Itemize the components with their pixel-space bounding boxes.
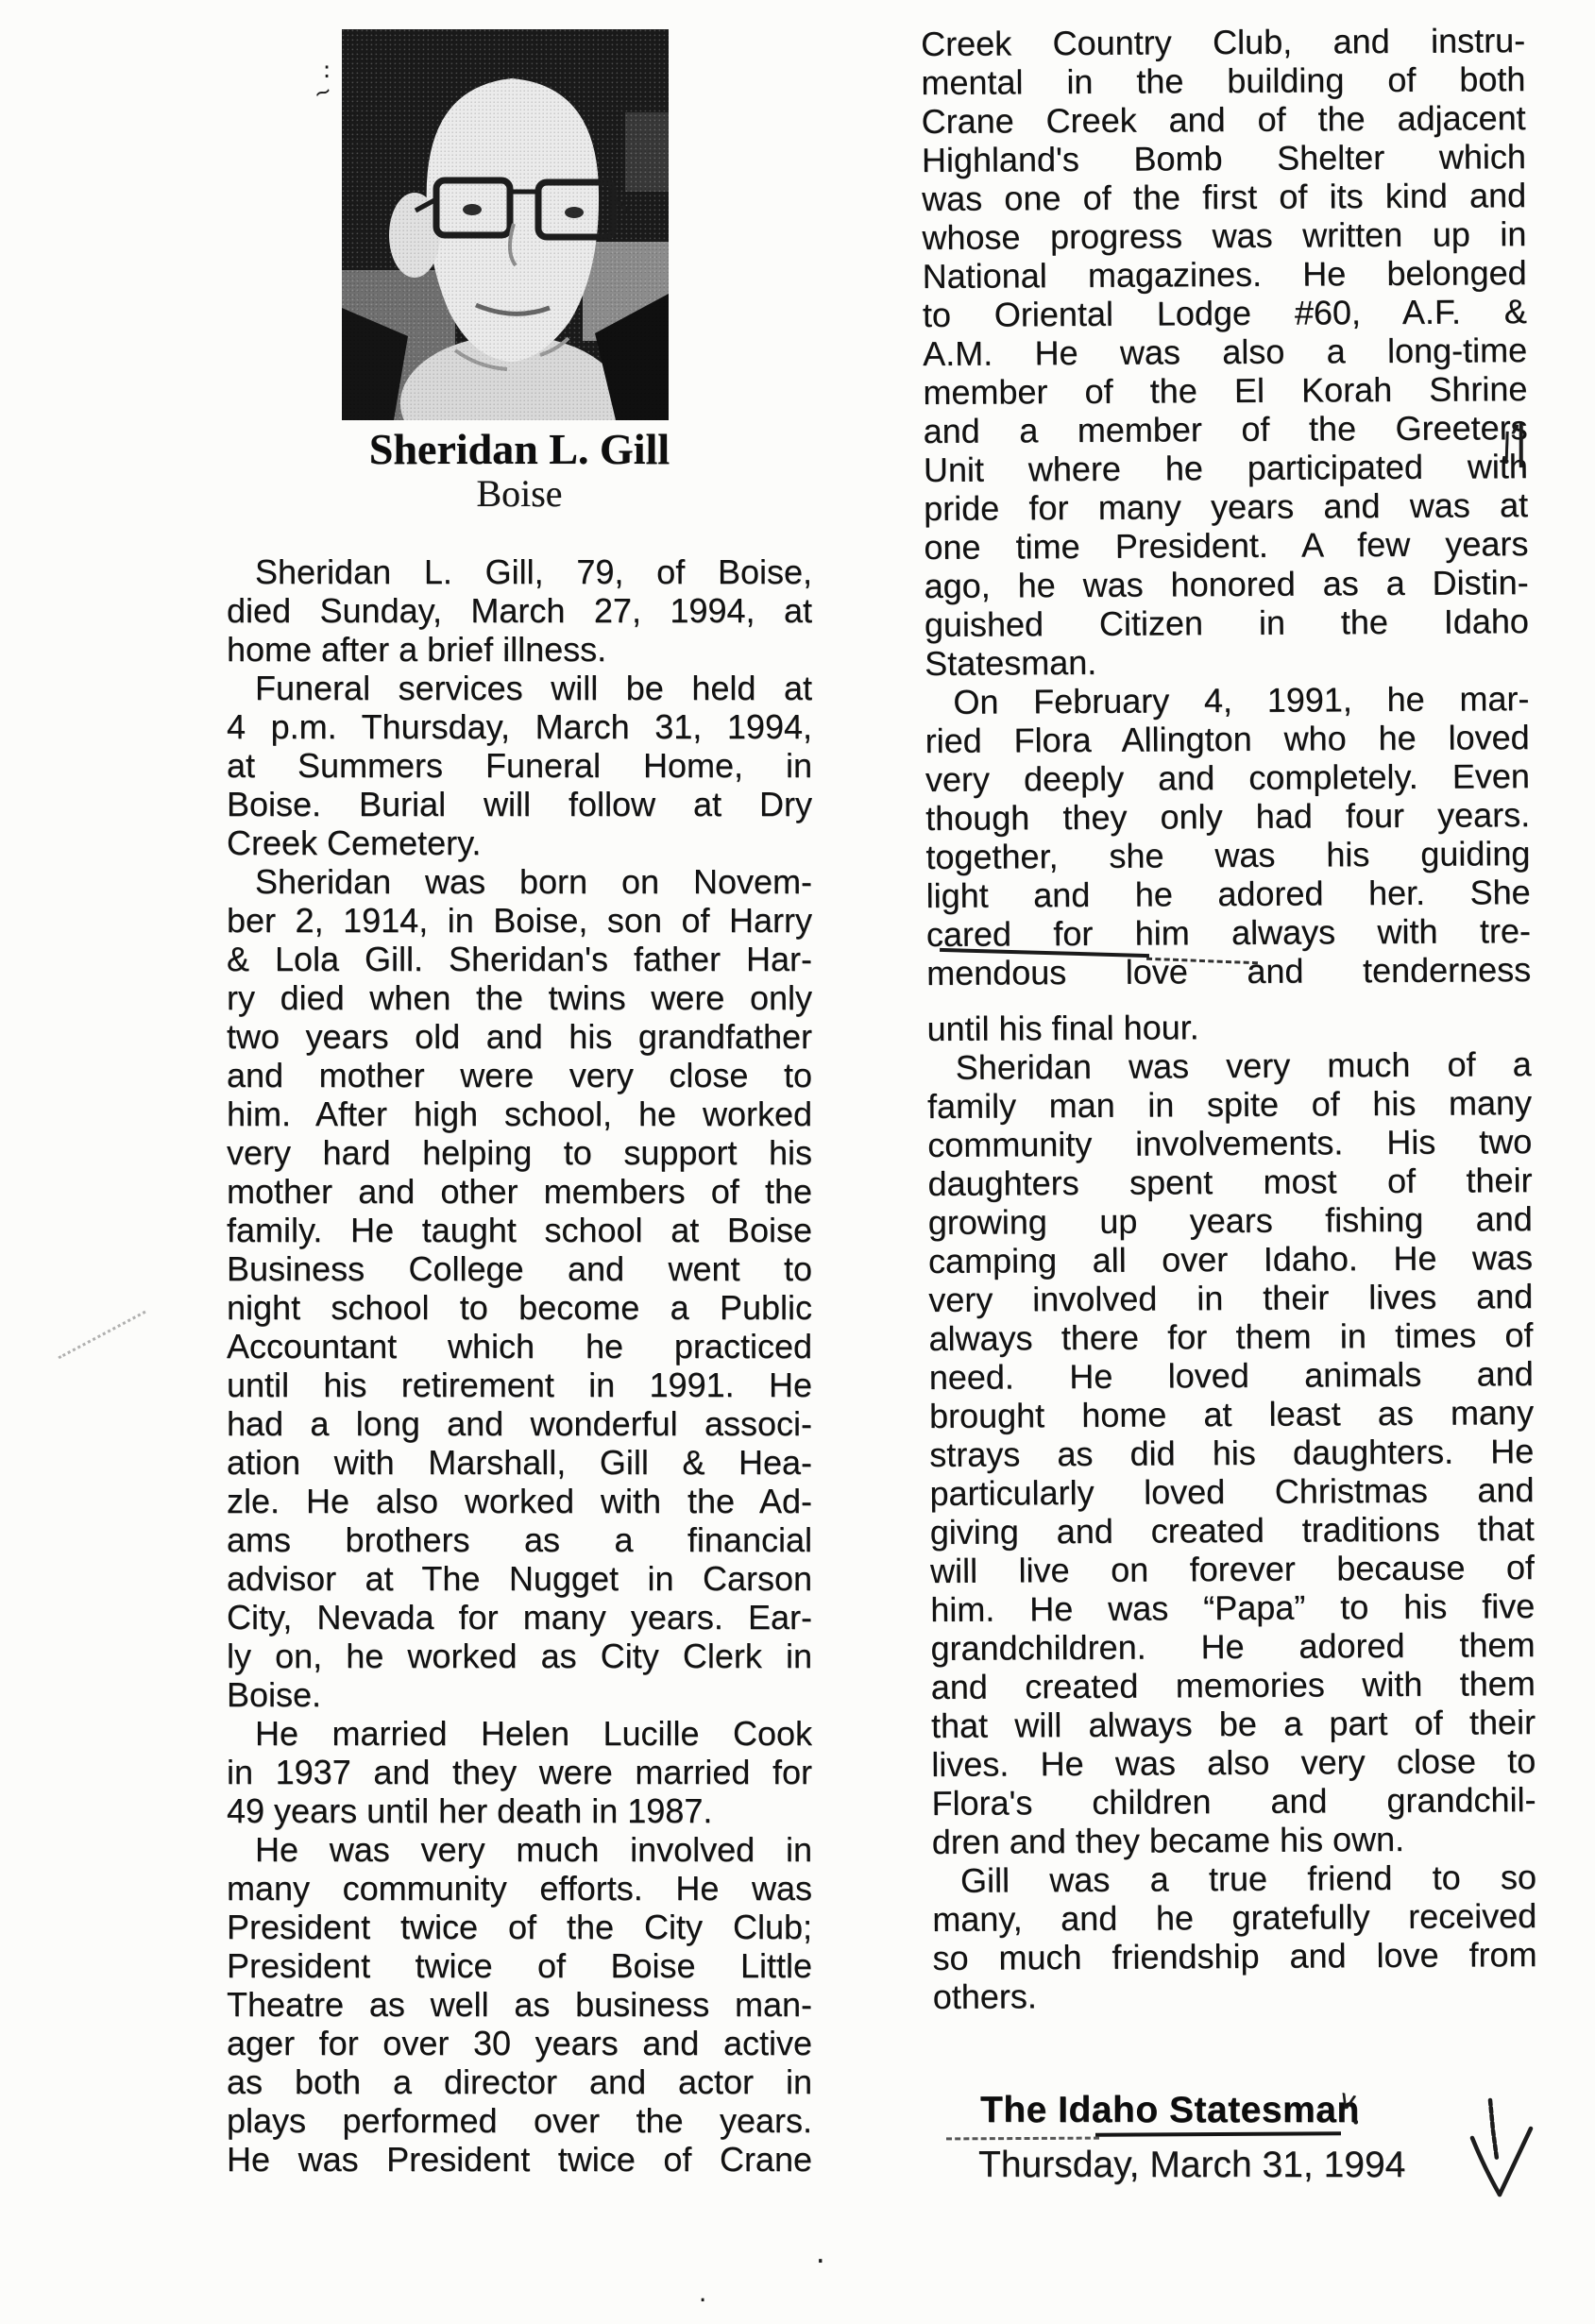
text-line: until his final hour. bbox=[926, 1006, 1531, 1048]
paragraph: Gill was a true friend to somany, and he… bbox=[932, 1858, 1537, 2016]
text-line: Sheridan was very much of a bbox=[927, 1044, 1532, 1087]
text-line: zle. He also worked with the Ad- bbox=[227, 1482, 812, 1520]
text-line: He was very much involved in bbox=[227, 1830, 812, 1869]
text-line: him. He was “Papa” to his five bbox=[930, 1586, 1535, 1629]
text-line: President twice of the City Club; bbox=[227, 1908, 812, 1946]
text-line: him. After high school, he worked bbox=[227, 1094, 812, 1133]
text-line: member of the El Korah Shrine bbox=[923, 369, 1527, 412]
text-line: ly on, he worked as City Clerk in bbox=[227, 1637, 812, 1675]
text-line: plays performed over the years. bbox=[227, 2101, 812, 2140]
text-line: camping all over Idaho. He was bbox=[928, 1238, 1533, 1281]
text-line: many community efforts. He was bbox=[227, 1869, 812, 1908]
paragraph: On February 4, 1991, he mar-ried Flora A… bbox=[925, 679, 1531, 992]
text-line: particularly loved Christmas and bbox=[929, 1470, 1534, 1513]
paragraph: Funeral services will be held at4 p.m. T… bbox=[227, 669, 812, 862]
text-line: very deeply and completely. Even bbox=[925, 756, 1530, 799]
pen-bar-tall: | bbox=[1514, 420, 1529, 464]
text-line: that will always be a part of their bbox=[931, 1703, 1536, 1745]
text-line: He was President twice of Crane bbox=[227, 2140, 812, 2179]
text-line: On February 4, 1991, he mar- bbox=[925, 679, 1529, 721]
text-line: mendous love and tenderness bbox=[926, 950, 1531, 992]
text-line: two years old and his grandfather bbox=[227, 1017, 812, 1056]
text-line: mental in the building of both bbox=[921, 59, 1525, 102]
text-line: 49 years until her death in 1987. bbox=[227, 1791, 812, 1830]
text-line: ago, he was honored as a Distin- bbox=[925, 563, 1529, 605]
text-line: and a member of the Greeters bbox=[924, 408, 1528, 450]
text-line: until his retirement in 1991. He bbox=[227, 1366, 812, 1404]
text-line: Sheridan L. Gill, 79, of Boise, bbox=[227, 552, 812, 591]
text-line: ams brothers as a financial bbox=[227, 1520, 812, 1559]
text-line: Business College and went to bbox=[227, 1249, 812, 1288]
text-line: ager for over 30 years and active bbox=[227, 2024, 812, 2062]
paragraph: He was very much involved inmany communi… bbox=[227, 1830, 812, 2179]
text-line: Boise. bbox=[227, 1675, 812, 1714]
text-line: and created memories with them bbox=[931, 1664, 1536, 1706]
text-line: National magazines. He belonged bbox=[923, 253, 1527, 296]
scanned-obituary-page: Sheridan L. Gill Boise Sheridan L. Gill,… bbox=[0, 0, 1595, 2324]
text-line: 4 p.m. Thursday, March 31, 1994, bbox=[227, 707, 812, 746]
text-line: grandchildren. He adored them bbox=[930, 1625, 1535, 1668]
text-line: A.M. He was also a long-time bbox=[923, 331, 1527, 373]
text-line: at Summers Funeral Home, in bbox=[227, 746, 812, 785]
text-line: President twice of Boise Little bbox=[227, 1946, 812, 1985]
text-line: dren and they became his own. bbox=[932, 1819, 1536, 1861]
paragraph: Creek Country Club, and instru-mental in… bbox=[921, 21, 1529, 683]
text-line: together, she was his guiding bbox=[925, 834, 1530, 876]
text-line: though they only had four years. bbox=[925, 795, 1530, 838]
portrait-photo bbox=[342, 29, 669, 420]
pen-bar-short: | bbox=[1501, 430, 1513, 462]
text-line: lives. He was also very close to bbox=[931, 1741, 1536, 1784]
text-line: need. He loved animals and bbox=[929, 1354, 1534, 1397]
paragraph: Sheridan L. Gill, 79, of Boise,died Sund… bbox=[227, 552, 812, 669]
text-line: whose progress was written up in bbox=[922, 214, 1526, 257]
publication-name: The Idaho Statesman bbox=[980, 2091, 1360, 2130]
text-line: brought home at least as many bbox=[929, 1393, 1534, 1435]
text-line: was one of the first of its kind and bbox=[922, 176, 1526, 218]
text-line: Accountant which he practiced bbox=[227, 1327, 812, 1366]
speck-dot-bottom-1: . bbox=[816, 2240, 825, 2268]
text-line: growing up years fishing and bbox=[928, 1199, 1533, 1242]
speck-tick: ~ bbox=[312, 81, 334, 107]
text-line: Statesman. bbox=[925, 640, 1529, 683]
text-line: ber 2, 1914, in Boise, son of Harry bbox=[227, 901, 812, 940]
text-line: so much friendship and love from bbox=[932, 1935, 1536, 1977]
handwritten-arrow-icon bbox=[1462, 2095, 1541, 2206]
text-line: cared for him always with tre- bbox=[926, 911, 1531, 954]
text-line: died Sunday, March 27, 1994, at bbox=[227, 591, 812, 630]
text-line: to Oriental Lodge #60, A.F. & bbox=[923, 292, 1527, 334]
text-line: pride for many years and was at bbox=[924, 485, 1528, 528]
left-column: Sheridan L. Gill, 79, of Boise,died Sund… bbox=[227, 552, 812, 2179]
paragraph: He married Helen Lucille Cookin 1937 and… bbox=[227, 1714, 812, 1830]
text-line: giving and created traditions that bbox=[930, 1509, 1535, 1552]
text-line: advisor at The Nugget in Carson bbox=[227, 1559, 812, 1598]
publication-underline bbox=[1095, 2131, 1341, 2137]
text-line: community involvements. His two bbox=[927, 1122, 1532, 1164]
text-line: night school to become a Public bbox=[227, 1288, 812, 1327]
text-line: as both a director and actor in bbox=[227, 2062, 812, 2101]
paragraph: until his final hour. bbox=[926, 1006, 1531, 1048]
speck-dot-bottom-2: . bbox=[699, 2282, 706, 2306]
text-line: ation with Marshall, Gill & Hea- bbox=[227, 1443, 812, 1482]
scan-artifact-dotted-line bbox=[58, 1311, 145, 1359]
text-line: and mother were very close to bbox=[227, 1056, 812, 1094]
text-line: & Lola Gill. Sheridan's father Har- bbox=[227, 940, 812, 978]
text-line: Funeral services will be held at bbox=[227, 669, 812, 707]
text-line: others. bbox=[933, 1974, 1537, 2016]
publication-date: Thursday, March 31, 1994 bbox=[978, 2146, 1405, 2185]
publication-underline-dashes bbox=[946, 2137, 1099, 2141]
text-line: Theatre as well as business man- bbox=[227, 1985, 812, 2024]
speck-colon: : bbox=[323, 59, 331, 81]
text-line: family. He taught school at Boise bbox=[227, 1211, 812, 1249]
text-line: daughters spent most of their bbox=[927, 1161, 1532, 1203]
text-line: Sheridan was born on Novem- bbox=[227, 862, 812, 901]
text-line: Gill was a true friend to so bbox=[932, 1858, 1536, 1900]
text-line: light and he adored her. She bbox=[926, 873, 1531, 915]
text-line: Crane Creek and of the adjacent bbox=[922, 98, 1526, 141]
text-line: home after a brief illness. bbox=[227, 630, 812, 669]
text-line: strays as did his daughters. He bbox=[929, 1432, 1534, 1474]
paragraph: Sheridan was born on Novem-ber 2, 1914, … bbox=[227, 862, 812, 1714]
text-line: always there for them in times of bbox=[928, 1315, 1533, 1358]
text-line: Boise. Burial will follow at Dry bbox=[227, 785, 812, 823]
text-line: had a long and wonderful associ- bbox=[227, 1404, 812, 1443]
text-line: Creek Country Club, and instru- bbox=[921, 21, 1525, 63]
deceased-location: Boise bbox=[227, 474, 812, 514]
text-line: will live on forever because of bbox=[930, 1548, 1535, 1590]
text-line: mother and other members of the bbox=[227, 1172, 812, 1211]
text-line: many, and he gratefully received bbox=[932, 1896, 1536, 1939]
right-column: Creek Country Club, and instru-mental in… bbox=[921, 21, 1537, 2016]
text-line: very hard helping to support his bbox=[227, 1133, 812, 1172]
text-line: City, Nevada for many years. Ear- bbox=[227, 1598, 812, 1637]
text-line: ried Flora Allington who he loved bbox=[925, 718, 1530, 760]
text-line: He married Helen Lucille Cook bbox=[227, 1714, 812, 1753]
text-line: Unit where he participated with bbox=[924, 447, 1528, 489]
text-line: in 1937 and they were married for bbox=[227, 1753, 812, 1791]
pen-dot-after-statesman: • bbox=[1351, 2115, 1360, 2130]
text-line: guished Citizen in the Idaho bbox=[925, 602, 1529, 644]
text-line: Flora's children and grandchil- bbox=[931, 1780, 1536, 1823]
text-line: very involved in their lives and bbox=[928, 1277, 1533, 1319]
paragraph: Sheridan was very much of afamily man in… bbox=[927, 1044, 1536, 1861]
text-line: one time President. A few years bbox=[924, 524, 1528, 567]
text-line: Highland's Bomb Shelter which bbox=[922, 137, 1526, 179]
deceased-name-heading: Sheridan L. Gill bbox=[227, 427, 812, 472]
text-line: family man in spite of his many bbox=[927, 1083, 1532, 1126]
text-line: ry died when the twins were only bbox=[227, 978, 812, 1017]
text-line: Creek Cemetery. bbox=[227, 823, 812, 862]
